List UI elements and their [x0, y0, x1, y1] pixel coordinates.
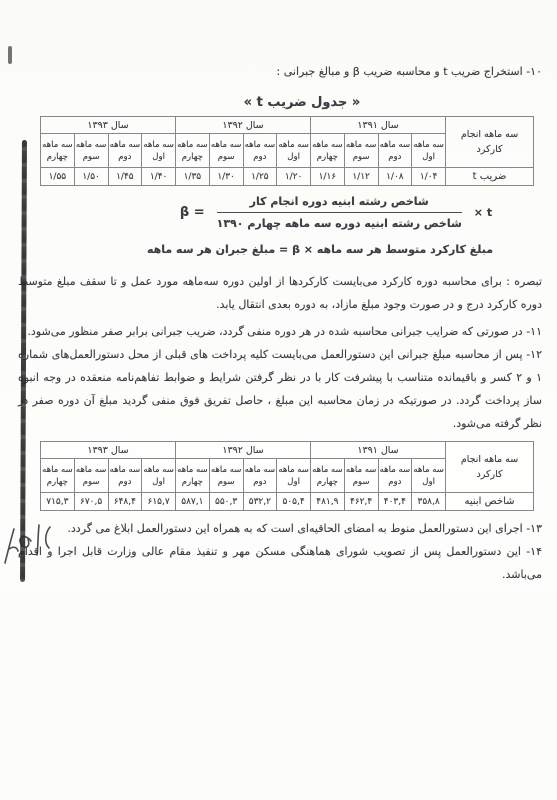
item-11-paragraph: ۱۱- در صورتی که ضرایب جبرانی محاسبه شده … [18, 320, 542, 343]
year-header-1: سال ۱۳۹۲ [176, 442, 311, 459]
item-13-paragraph: ۱۳- اجرای این دستورالعمل منوط به امضای ا… [18, 517, 542, 540]
quarter-header: سه ماههسوم [209, 134, 243, 168]
quarter-header: سه ماههسوم [344, 459, 378, 493]
handwritten-mark [1, 521, 55, 569]
quarter-header: سه ماههسوم [344, 134, 378, 168]
quarter-header: سه ماههاول [412, 134, 446, 168]
year-header-row: سه ماهه انجام کارکردسال ۱۳۹۱سال ۱۳۹۲سال … [41, 442, 534, 459]
note-paragraph: تبصره : برای محاسبه دوره کارکرد می‌بایست… [18, 270, 542, 316]
quarter-header: سه ماههاول [142, 459, 176, 493]
quarter-header: سه ماههچهارم [41, 134, 75, 168]
quarter-header: سه ماههاول [277, 459, 311, 493]
value-cell: ۷۱۵,۳ [41, 493, 75, 511]
scanned-document-page: ۱۰- استخراج ضریب t و محاسبه ضریب β و مبا… [0, 0, 557, 800]
quarter-header: سه ماههسوم [74, 134, 108, 168]
quarter-header: سه ماههدوم [108, 134, 142, 168]
value-cell: ۱/۵۰ [74, 168, 108, 186]
value-cell: ۱/۰۴ [412, 168, 446, 186]
year-header-0: سال ۱۳۹۱ [311, 117, 446, 134]
value-cell: ۶۱۵,۷ [142, 493, 176, 511]
quarter-header: سه ماههدوم [243, 459, 277, 493]
year-header-2: سال ۱۳۹۳ [41, 442, 176, 459]
value-cell: ۳۵۸,۸ [412, 493, 446, 511]
quarter-header: سه ماههدوم [108, 459, 142, 493]
coefficient-table-title: « جدول ضریب t » [40, 95, 557, 110]
value-cell: ۵۸۷,۱ [176, 493, 210, 511]
value-cell: ۱/۳۵ [176, 168, 210, 186]
corner-header: سه ماهه انجام کارکرد [446, 117, 534, 168]
quarter-header: سه ماههدوم [378, 134, 412, 168]
quarter-header: سه ماههاول [412, 459, 446, 493]
quarter-header: سه ماههچهارم [176, 134, 210, 168]
row-label: ضریب t [446, 168, 534, 186]
value-cell: ۱/۴۰ [142, 168, 176, 186]
building-index-table: سه ماهه انجام کارکردسال ۱۳۹۱سال ۱۳۹۲سال … [40, 441, 534, 511]
value-cell: ۵۰۵,۴ [277, 493, 311, 511]
value-cell: ۱/۱۶ [311, 168, 345, 186]
formula-times-t: × t [474, 206, 492, 219]
year-header-0: سال ۱۳۹۱ [311, 442, 446, 459]
item-14-paragraph: ۱۴- این دستورالعمل پس از تصویب شورای هما… [18, 540, 542, 586]
formula-denominator: شاخص رشته ابنیه دوره سه ماهه چهارم ۱۳۹۰ [217, 213, 462, 230]
value-cell: ۴۸۱,۹ [311, 493, 345, 511]
corner-header: سه ماهه انجام کارکرد [446, 442, 534, 493]
value-cell: ۵۵۰,۳ [209, 493, 243, 511]
value-cell: ۶۴۸,۴ [108, 493, 142, 511]
value-cell: ۱/۵۵ [41, 168, 75, 186]
index-value-row: شاخص ابنیه۳۵۸,۸۴۰۳,۴۴۶۲,۴۴۸۱,۹۵۰۵,۴۵۳۲,۲… [41, 493, 534, 511]
quarter-header: سه ماههچهارم [41, 459, 75, 493]
t-coefficient-table: سه ماهه انجام کارکردسال ۱۳۹۱سال ۱۳۹۲سال … [40, 116, 534, 186]
value-cell: ۱/۰۸ [378, 168, 412, 186]
item-10-heading: ۱۰- استخراج ضریب t و محاسبه ضریب β و مبا… [18, 60, 542, 83]
quarter-header: سه ماههسوم [74, 459, 108, 493]
value-cell: ۱/۳۰ [209, 168, 243, 186]
year-header-row: سه ماهه انجام کارکردسال ۱۳۹۱سال ۱۳۹۲سال … [41, 117, 534, 134]
value-cell: ۱/۱۲ [344, 168, 378, 186]
document-content: ۱۰- استخراج ضریب t و محاسبه ضریب β و مبا… [0, 0, 557, 586]
quarter-header: سه ماههدوم [243, 134, 277, 168]
scan-artifact-mark [8, 46, 12, 64]
beta-formula: β = شاخص رشته ابنیه دوره انجام کار شاخص … [74, 195, 557, 230]
formula-fraction: شاخص رشته ابنیه دوره انجام کار شاخص رشته… [217, 195, 462, 230]
quarter-header: سه ماههچهارم [311, 459, 345, 493]
quarter-header: سه ماههاول [142, 134, 176, 168]
quarter-header: سه ماههسوم [209, 459, 243, 493]
item-12-paragraph: ۱۲- پس از محاسبه مبلغ جبرانی این دستورال… [18, 343, 542, 435]
year-header-1: سال ۱۳۹۲ [176, 117, 311, 134]
quarter-header: سه ماههچهارم [311, 134, 345, 168]
formula-numerator: شاخص رشته ابنیه دوره انجام کار [217, 195, 462, 213]
value-cell: ۱/۲۰ [277, 168, 311, 186]
value-cell: ۵۳۲,۲ [243, 493, 277, 511]
beta-equals-symbol: β = [180, 205, 205, 220]
compensation-equation: مبلغ کارکرد متوسط هر سه ماهه × β = مبلغ … [58, 243, 557, 256]
value-cell: ۱/۲۵ [243, 168, 277, 186]
quarter-header: سه ماههچهارم [176, 459, 210, 493]
quarter-header: سه ماههاول [277, 134, 311, 168]
value-cell: ۴۰۳,۴ [378, 493, 412, 511]
year-header-2: سال ۱۳۹۳ [41, 117, 176, 134]
row-label: شاخص ابنیه [446, 493, 534, 511]
coefficient-value-row: ضریب t۱/۰۴۱/۰۸۱/۱۲۱/۱۶۱/۲۰۱/۲۵۱/۳۰۱/۳۵۱/… [41, 168, 534, 186]
value-cell: ۴۶۲,۴ [344, 493, 378, 511]
value-cell: ۶۷۰,۵ [74, 493, 108, 511]
quarter-header: سه ماههدوم [378, 459, 412, 493]
value-cell: ۱/۴۵ [108, 168, 142, 186]
